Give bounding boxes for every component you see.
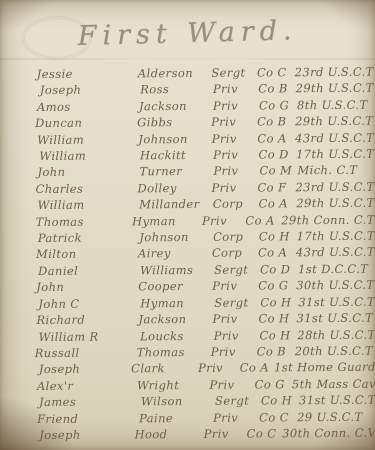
surname: Cooper bbox=[138, 279, 212, 294]
rank: Priv bbox=[213, 410, 259, 424]
first-name: Joseph bbox=[39, 427, 134, 442]
regiment: Mich. C.T bbox=[297, 163, 374, 178]
surname: Wright bbox=[137, 378, 210, 393]
roster-row: Daniel Williams Sergt Co D 1st D.C.C.T bbox=[0, 262, 375, 280]
company: Co C bbox=[257, 65, 295, 79]
roster-row: John Turner Priv Co M Mich. C.T bbox=[0, 163, 374, 181]
surname: Dolley bbox=[137, 181, 211, 196]
regiment: 17th U.S.C.T bbox=[296, 147, 374, 162]
roster-row: Milton Airey Corp Co A 43rd U.S.C.T bbox=[0, 245, 375, 263]
roster-row: Jessie Alderson Sergt Co C 23rd U.S.C.T bbox=[0, 65, 374, 83]
company: Co A bbox=[257, 131, 295, 145]
roster-list: Jessie Alderson Sergt Co C 23rd U.S.C.T … bbox=[0, 65, 375, 444]
surname: Jackson bbox=[138, 312, 212, 327]
company: Co D bbox=[260, 262, 298, 276]
regiment: 29th U.S.C.T bbox=[296, 196, 374, 211]
surname: Hackitt bbox=[140, 148, 213, 163]
regiment: 17th U.S.C.T bbox=[297, 229, 375, 244]
roster-row: James Wilson Sergt Co H 31st U.S.C.T bbox=[1, 393, 375, 411]
roster-row: Joseph Clark Priv Co A 1st Home Guard bbox=[1, 360, 375, 378]
company: Co F bbox=[257, 180, 295, 194]
rank: Priv bbox=[211, 180, 257, 194]
roster-row: Duncan Gibbs Priv Co B 29th U.S.C.T bbox=[0, 114, 374, 132]
company: Co A bbox=[245, 213, 281, 227]
surname: Thomas bbox=[137, 345, 211, 360]
roster-row: Amos Jackson Priv Co G 8th U.S.C.T bbox=[0, 98, 374, 116]
regiment: 1st D.C.C.T bbox=[298, 262, 375, 277]
rank: Priv bbox=[213, 148, 259, 162]
regiment: 5th Mass Cav bbox=[292, 376, 375, 391]
company: Co C bbox=[259, 410, 297, 424]
roster-row: William Johnson Priv Co A 43rd U.S.C.T bbox=[0, 130, 374, 148]
roster-row: Joseph Hood Priv Co C 30th Conn. C.V bbox=[1, 426, 375, 444]
roster-row: Friend Paine Priv Co C 29 U.S.C.T bbox=[1, 409, 375, 427]
regiment: 23rd U.S.C.T bbox=[295, 180, 374, 195]
roster-row: William R Loucks Priv Co H 28th U.S.C.T bbox=[1, 327, 375, 345]
company: Co B bbox=[257, 344, 295, 358]
rank: Priv bbox=[213, 82, 258, 96]
first-name: Joseph bbox=[40, 83, 140, 98]
roster-row: John C Hyman Sergt Co H 31st U.S.C.T bbox=[0, 294, 375, 312]
roster-row: John Cooper Priv Co G 30th U.S.C.T bbox=[0, 278, 375, 296]
roster-row: Charles Dolley Priv Co F 23rd U.S.C.T bbox=[0, 180, 375, 198]
surname: Wilson bbox=[141, 394, 215, 409]
first-name: Richard bbox=[36, 312, 138, 327]
first-name: John bbox=[37, 165, 139, 180]
rank: Sergt bbox=[214, 295, 260, 309]
company: Co G bbox=[255, 377, 292, 391]
regiment: 8th U.S.C.T bbox=[297, 98, 374, 113]
first-name: Russall bbox=[35, 345, 137, 360]
company: Co D bbox=[258, 147, 296, 161]
first-name: Milton bbox=[36, 247, 138, 262]
regiment: 31st U.S.C.T bbox=[296, 311, 375, 326]
surname: Paine bbox=[139, 410, 213, 425]
rank: Sergt bbox=[214, 262, 260, 276]
surname: Johnson bbox=[138, 131, 212, 146]
surname: Loucks bbox=[140, 328, 214, 343]
surname: Millander bbox=[139, 197, 213, 212]
rank: Corp bbox=[212, 246, 258, 260]
roster-row: Thomas Hyman Priv Co A 29th Conn. C.T bbox=[0, 212, 375, 230]
first-name: John C bbox=[38, 296, 140, 311]
surname: Hyman bbox=[132, 214, 202, 228]
first-name: Friend bbox=[37, 411, 139, 426]
surname: Williams bbox=[140, 263, 214, 278]
company: Co H bbox=[258, 311, 296, 325]
surname: Hood bbox=[134, 427, 203, 441]
rank: Priv bbox=[198, 361, 240, 375]
company: Co B bbox=[257, 114, 295, 128]
regiment: 20th U.S.C.T bbox=[295, 344, 375, 359]
company: Co M bbox=[259, 164, 297, 178]
first-name: William bbox=[39, 148, 140, 163]
surname: Ross bbox=[140, 82, 213, 97]
first-name: Joseph bbox=[39, 362, 131, 377]
first-name: Thomas bbox=[36, 214, 132, 229]
regiment: 29th U.S.C.T bbox=[295, 114, 374, 129]
regiment: 29th U.S.C.T bbox=[296, 81, 374, 96]
regiment: 43rd U.S.C.T bbox=[295, 130, 374, 145]
rank: Priv bbox=[213, 164, 259, 178]
company: Co H bbox=[259, 328, 297, 342]
regiment: 28th U.S.C.T bbox=[297, 327, 375, 342]
roster-row: Joseph Ross Priv Co B 29th U.S.C.T bbox=[0, 81, 374, 99]
company: Co H bbox=[261, 393, 299, 407]
surname: Jackson bbox=[139, 99, 213, 114]
company: Co G bbox=[258, 279, 296, 293]
rank: Priv bbox=[212, 131, 258, 145]
regiment: 30th Conn. C.V bbox=[282, 426, 375, 441]
regiment: 31st U.S.C.T bbox=[299, 393, 375, 408]
roster-row: Richard Jackson Priv Co H 31st U.S.C.T bbox=[0, 311, 375, 329]
company: Co H bbox=[259, 229, 297, 243]
regiment: 29 U.S.C.T bbox=[297, 409, 375, 424]
first-name: William bbox=[38, 198, 140, 213]
roster-row: Alex'r Wright Priv Co G 5th Mass Cav bbox=[1, 376, 375, 394]
roster-row: William Millander Corp Co A 29th U.S.C.T bbox=[0, 196, 375, 214]
first-name: Duncan bbox=[35, 116, 137, 131]
first-name: William R bbox=[39, 329, 141, 344]
surname: Airey bbox=[138, 246, 212, 261]
first-name: William bbox=[37, 132, 138, 147]
first-name: John bbox=[36, 280, 138, 295]
surname: Johnson bbox=[139, 230, 213, 245]
rank: Priv bbox=[202, 213, 246, 227]
first-name: James bbox=[39, 394, 141, 409]
roster-row: Russall Thomas Priv Co B 20th U.S.C.T bbox=[1, 344, 375, 362]
first-name: Jessie bbox=[37, 66, 138, 81]
first-name: Patrick bbox=[38, 230, 140, 245]
roster-row: Patrick Johnson Corp Co H 17th U.S.C.T bbox=[0, 229, 375, 247]
surname: Turner bbox=[139, 164, 213, 179]
rank: Priv bbox=[211, 344, 257, 358]
rank: Corp bbox=[213, 230, 259, 244]
rank: Sergt bbox=[215, 394, 261, 408]
company: Co H bbox=[260, 295, 298, 309]
company: Co B bbox=[258, 82, 295, 96]
first-name: Amos bbox=[37, 99, 139, 114]
rank: Priv bbox=[213, 98, 259, 112]
company: Co A bbox=[258, 246, 296, 260]
first-name: Daniel bbox=[38, 263, 140, 278]
first-name: Alex'r bbox=[37, 378, 137, 393]
surname: Hyman bbox=[140, 296, 214, 311]
regiment: 31st U.S.C.T bbox=[298, 294, 375, 309]
regiment: 30th U.S.C.T bbox=[296, 278, 375, 293]
regiment: 23rd U.S.C.T bbox=[295, 65, 374, 80]
rank: Priv bbox=[211, 115, 257, 129]
paper-crease bbox=[0, 58, 375, 60]
rank: Priv bbox=[214, 328, 260, 342]
company: Co A bbox=[259, 196, 297, 210]
rank: Priv bbox=[212, 312, 258, 326]
company: Co G bbox=[259, 98, 297, 112]
surname: Gibbs bbox=[137, 115, 211, 130]
first-name: Charles bbox=[35, 181, 137, 196]
surname: Alderson bbox=[138, 66, 212, 81]
rank: Sergt bbox=[211, 66, 257, 80]
rank: Priv bbox=[204, 427, 247, 441]
regiment: 29th Conn. C.T bbox=[281, 212, 375, 227]
regiment: 43rd U.S.C.T bbox=[296, 245, 375, 260]
company: Co C bbox=[247, 426, 283, 440]
surname: Clark bbox=[131, 361, 198, 375]
roster-row: William Hackitt Priv Co D 17th U.S.C.T bbox=[0, 147, 374, 165]
company: Co A bbox=[240, 361, 274, 375]
rank: Priv bbox=[212, 279, 258, 293]
regiment: 1st Home Guard bbox=[274, 360, 375, 375]
rank: Corp bbox=[213, 197, 259, 211]
rank: Priv bbox=[209, 377, 254, 391]
